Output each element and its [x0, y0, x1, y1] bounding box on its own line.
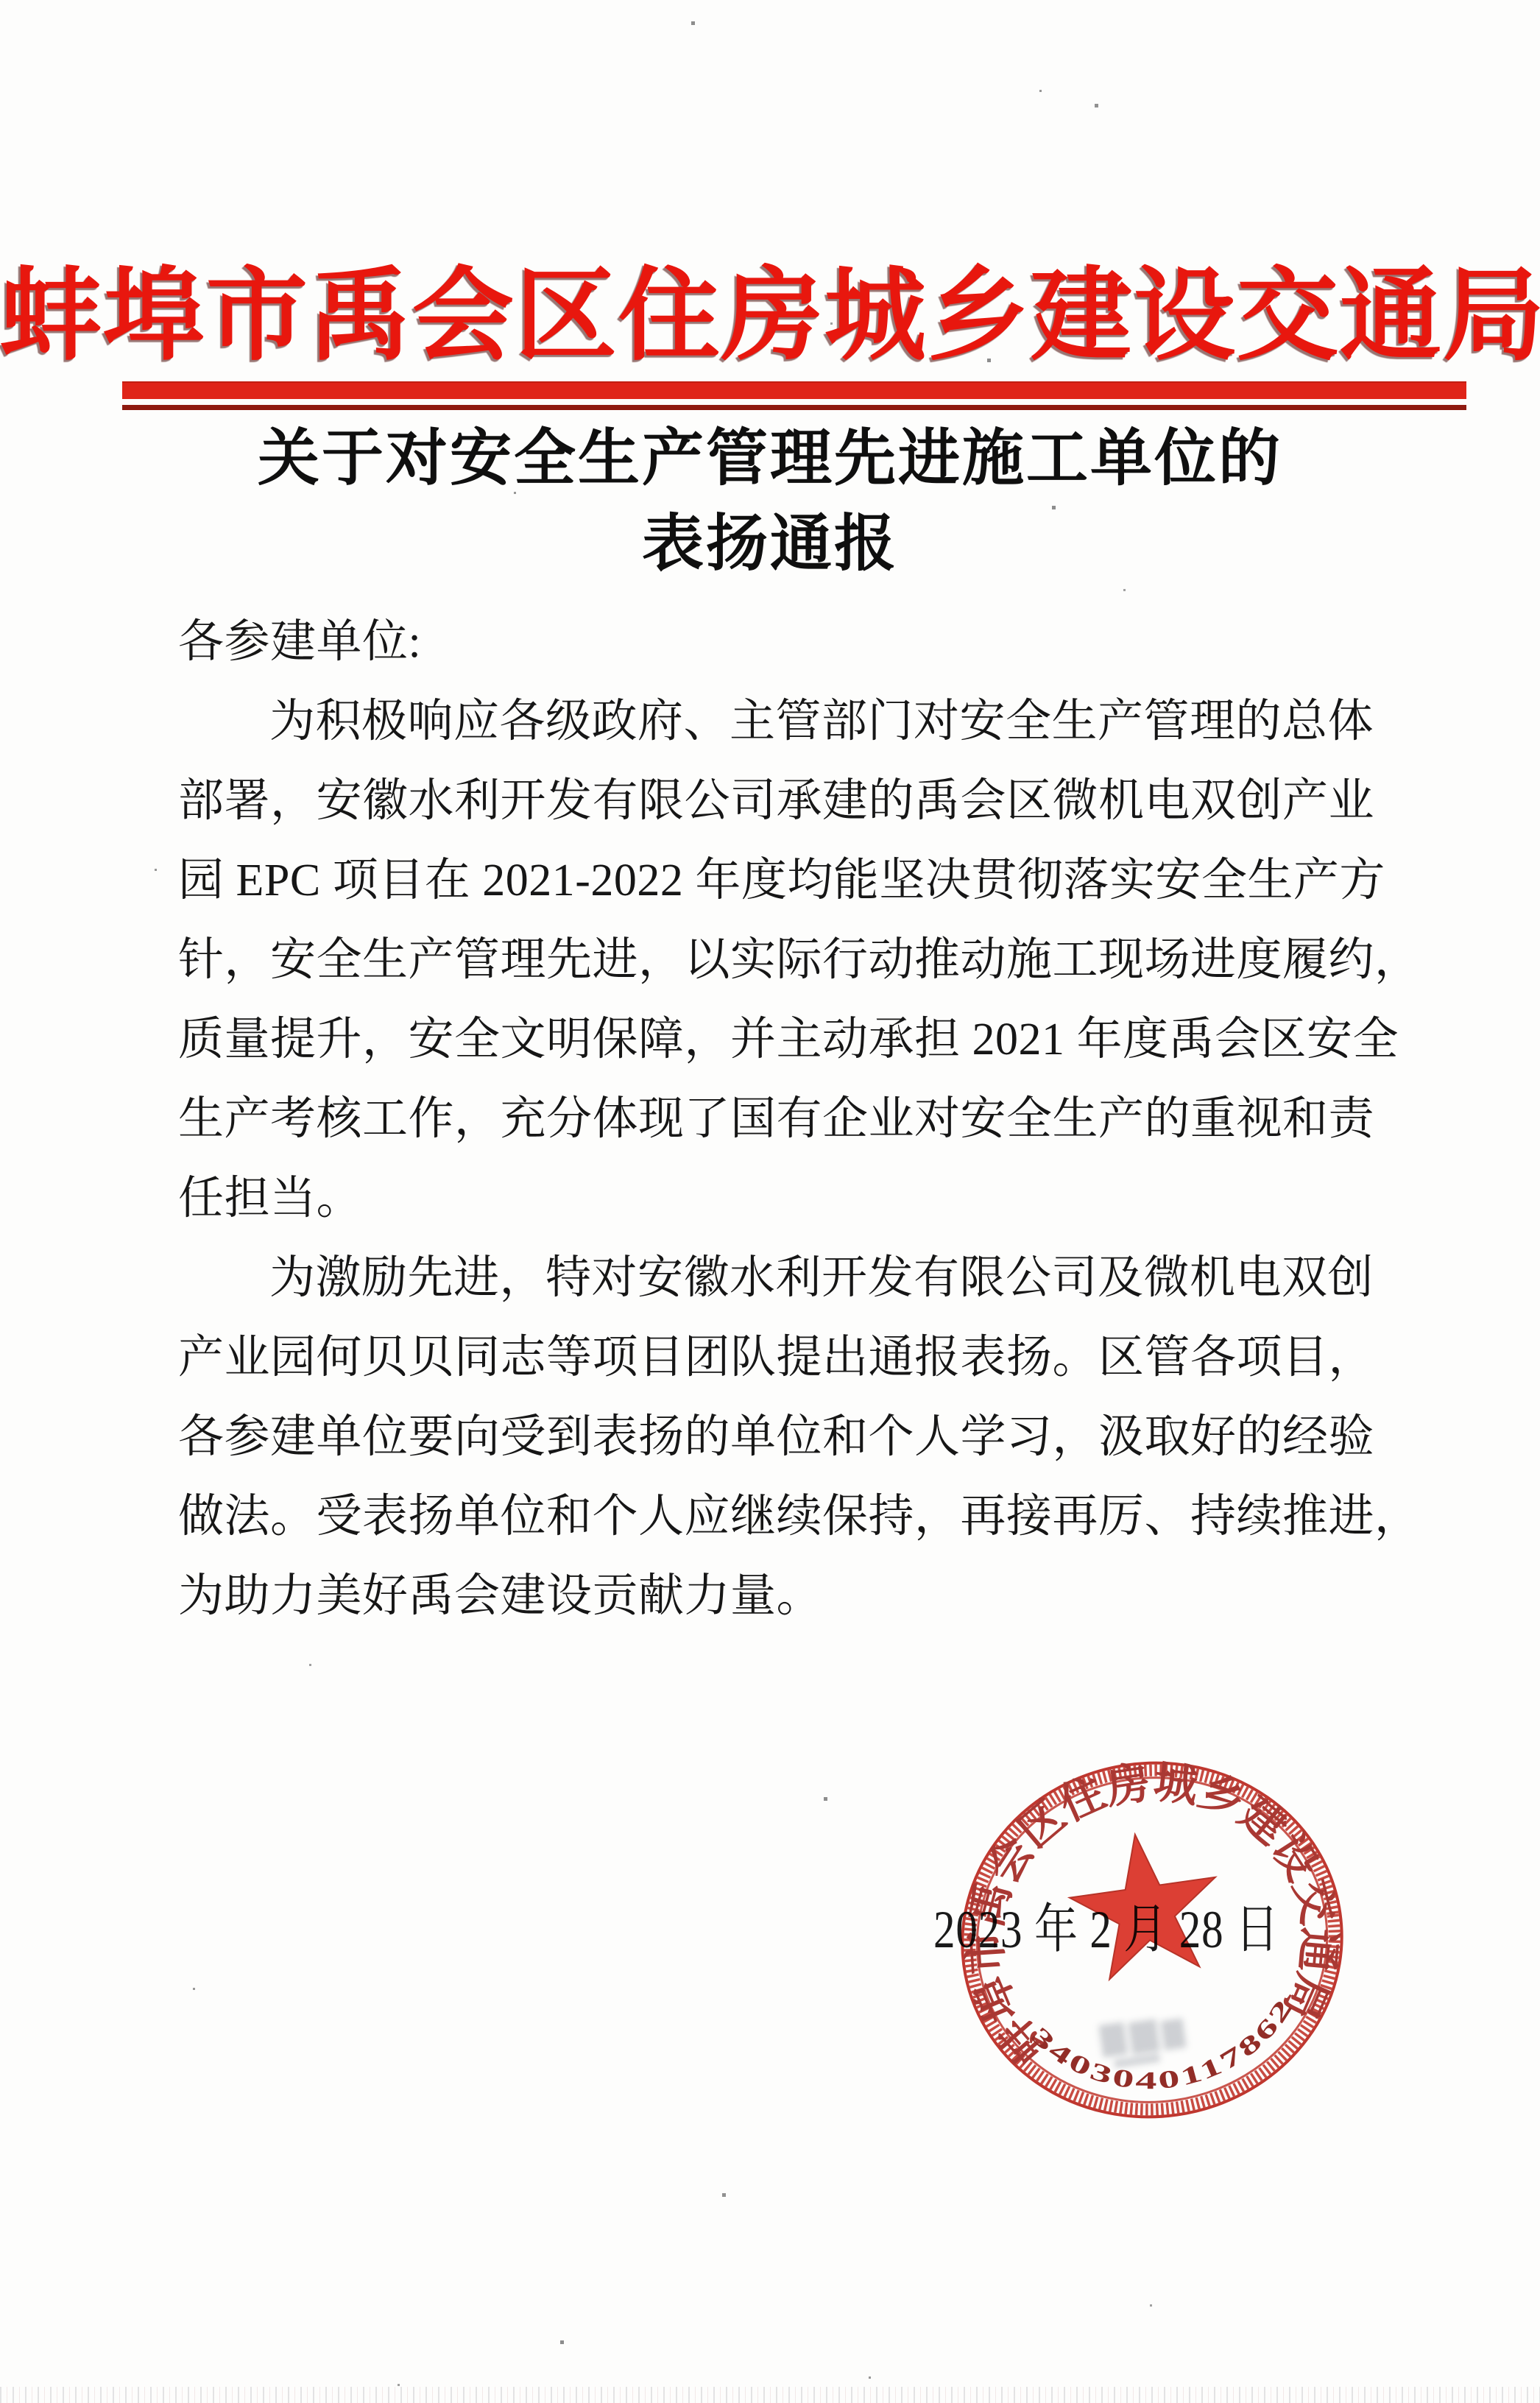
document-title-line2: 表扬通报 — [0, 502, 1540, 587]
scanner-edge-noise — [0, 2387, 1540, 2403]
body-line: 园 EPC 项目在 2021-2022 年度均能坚决贯彻落实安全生产方 — [178, 841, 1377, 920]
scanned-document-page: 蚌埠市禹会区住房城乡建设交通局 关于对安全生产管理先进施工单位的 表扬通报 各参… — [0, 0, 1540, 2403]
body-line: 各参建单位要向受到表扬的单位和个人学习，汲取好的经验 — [178, 1397, 1377, 1477]
body-line: 质量提升，安全文明保障，并主动承担 2021 年度禹会区安全 — [178, 1000, 1377, 1079]
body-line: 为助力美好禹会建设贡献力量。 — [178, 1556, 1377, 1636]
red-rule-thick — [122, 381, 1466, 399]
document-title-line1: 关于对安全生产管理先进施工单位的 — [0, 417, 1540, 502]
seal-star-icon — [1062, 1824, 1227, 1983]
seal-blurred-text — [1098, 2014, 1187, 2069]
body-line: 做法。受表扬单位和个人应继续保持，再接再厉、持续推进， — [178, 1477, 1377, 1556]
official-seal: 蚌埠市禹会区住房城乡建设交通局 3403040117862 — [946, 1760, 1358, 2142]
body-line: 为积极响应各级政府、主管部门对安全生产管理的总体 — [178, 682, 1377, 761]
body-line: 任担当。 — [178, 1159, 1377, 1238]
body-line: 产业园何贝贝同志等项目团队提出通报表扬。区管各项目， — [178, 1318, 1377, 1397]
red-header-agency-name: 蚌埠市禹会区住房城乡建设交通局 — [0, 234, 1540, 380]
document-title: 关于对安全生产管理先进施工单位的 表扬通报 — [0, 417, 1540, 587]
scan-noise-speckles — [0, 0, 2, 2]
body-line: 针，安全生产管理先进，以实际行动推动施工现场进度履约， — [178, 920, 1377, 1000]
red-rule-thin — [122, 405, 1466, 410]
body-line: 为激励先进，特对安徽水利开发有限公司及微机电双创 — [178, 1238, 1377, 1318]
body-paragraphs: 为积极响应各级政府、主管部门对安全生产管理的总体部署，安徽水利开发有限公司承建的… — [178, 682, 1377, 1636]
document-body: 各参建单位: 为积极响应各级政府、主管部门对安全生产管理的总体部署，安徽水利开发… — [178, 602, 1377, 1636]
salutation: 各参建单位: — [178, 602, 1377, 682]
body-line: 生产考核工作，充分体现了国有企业对安全生产的重视和责 — [178, 1079, 1377, 1159]
body-line: 部署，安徽水利开发有限公司承建的禹会区微机电双创产业 — [178, 761, 1377, 841]
